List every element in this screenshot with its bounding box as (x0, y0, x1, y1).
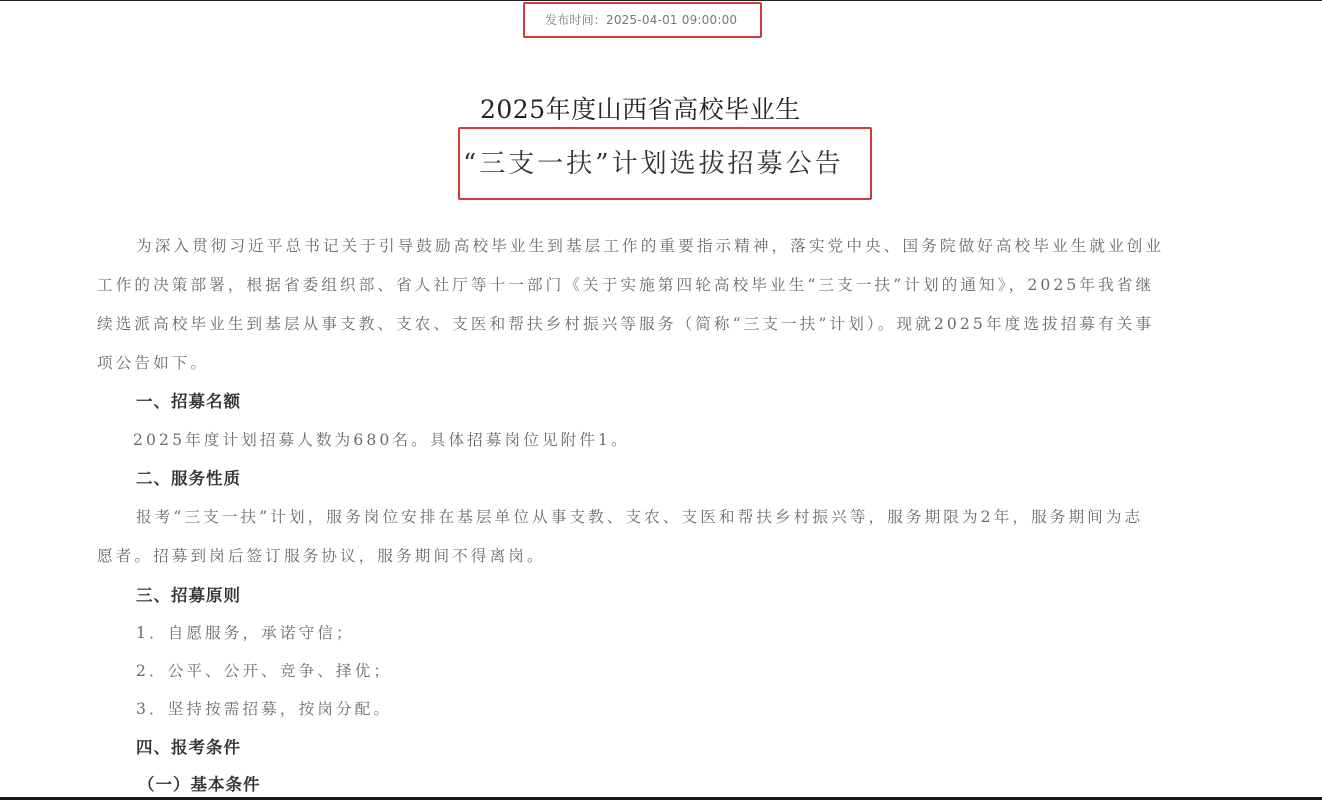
section-service-line-1: 报考“三支一扶”计划，服务岗位安排在基层单位从事支教、支农、支医和帮扶乡村振兴等… (136, 505, 1143, 527)
section-quota-text: 2025年度计划招募人数为680名。具体招募岗位见附件1。 (133, 428, 630, 450)
section-heading-quota: 一、招募名额 (136, 388, 241, 412)
intro-line-3: 续选派高校毕业生到基层从事支教、支农、支医和帮扶乡村振兴等服务（简称“三支一扶”… (97, 312, 1154, 334)
intro-line-4: 项公告如下。 (97, 351, 209, 373)
section-heading-principles: 三、招募原则 (136, 582, 241, 606)
principle-item-2: 2．公平、公开、竞争、择优； (136, 659, 392, 681)
top-border (0, 0, 1322, 1)
principle-item-1: 1．自愿服务，承诺守信； (136, 621, 355, 643)
document-title-line1: 2025年度山西省高校毕业生 (480, 90, 801, 126)
section-heading-requirements: 四、报考条件 (136, 734, 241, 758)
document-title-line2: “三支一扶”计划选拔招募公告 (463, 143, 844, 180)
section-heading-service-nature: 二、服务性质 (136, 465, 241, 489)
publish-time: 发布时间：2025-04-01 09:00:00 (545, 11, 737, 28)
intro-line-2: 工作的决策部署，根据省委组织部、省人社厅等十一部门《关于实施第四轮高校毕业生“三… (97, 273, 1154, 295)
intro-line-1: 为深入贯彻习近平总书记关于引导鼓励高校毕业生到基层工作的重要指示精神，落实党中央… (136, 234, 1164, 256)
subsection-heading-basic-conditions: （一）基本条件 (138, 771, 261, 795)
section-service-line-2: 愿者。招募到岗后签订服务协议，服务期间不得离岗。 (97, 544, 546, 566)
principle-item-3: 3．坚持按需招募，按岗分配。 (136, 697, 392, 719)
